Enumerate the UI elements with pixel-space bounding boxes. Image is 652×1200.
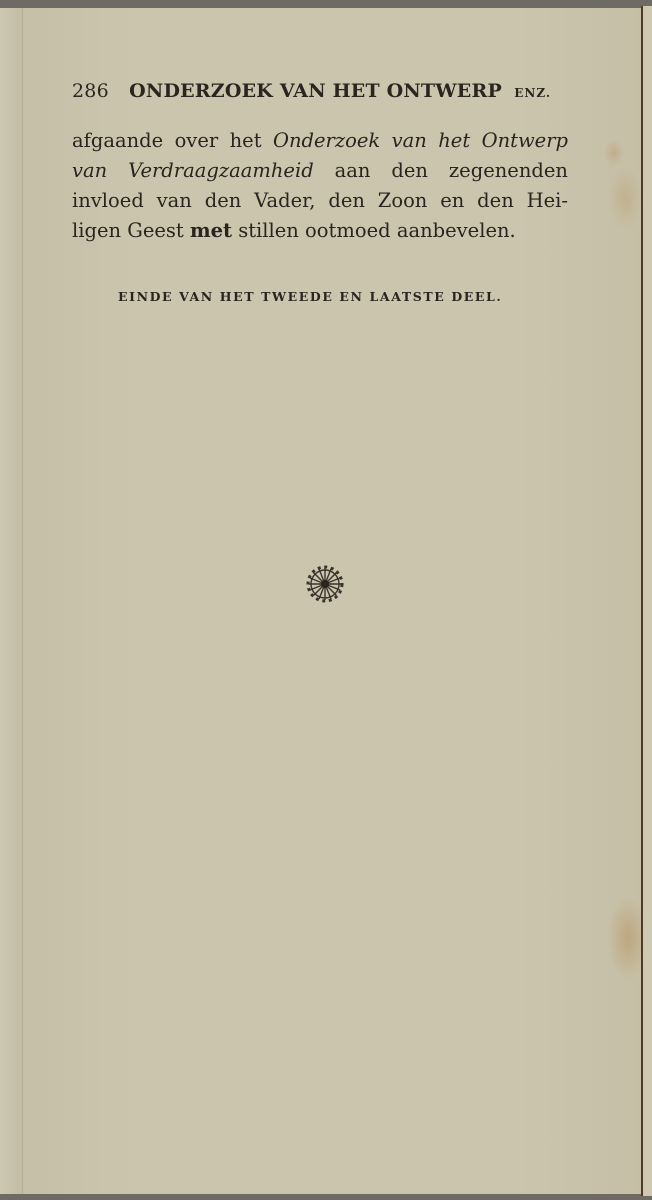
italic-title: van Verdraagzaamheid xyxy=(72,159,314,182)
wheel-ornament-icon xyxy=(300,559,350,609)
italic-title: Onderzoek van het Ontwerp xyxy=(273,129,568,152)
end-of-volume-note: EINDE VAN HET TWEEDE EN LAATSTE DEEL. xyxy=(118,289,538,304)
running-head-suffix: ENZ. xyxy=(514,86,551,100)
text-line: invloed van den Vader, den Zoon en den H… xyxy=(72,186,568,216)
closing-paragraph: afgaande over het Onderzoek van het Ontw… xyxy=(72,126,568,246)
page-number: 286 xyxy=(72,80,109,102)
page-gutter-edge xyxy=(0,8,23,1194)
text-line: ligen Geest met stillen ootmoed aanbevel… xyxy=(72,216,568,246)
text-line: van Verdraagzaamheid aan den zegenenden xyxy=(72,156,568,186)
text-line: afgaande over het Onderzoek van het Ontw… xyxy=(72,126,568,156)
next-page-edge xyxy=(641,6,652,1196)
running-head-title: ONDERZOEK VAN HET ONTWERP xyxy=(129,80,502,102)
running-header: 286 ONDERZOEK VAN HET ONTWERP ENZ. xyxy=(72,80,552,102)
